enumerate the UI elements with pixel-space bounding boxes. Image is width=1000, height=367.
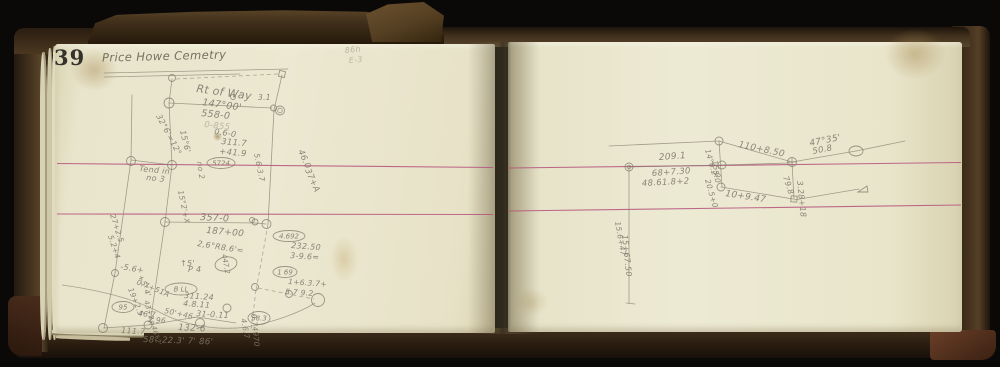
book-cover-bottom-right-corner	[930, 330, 996, 360]
page-number: 39	[54, 45, 85, 70]
field-book-photo: 39 Price Howe Cemetry 5724B LL954.6921 6…	[0, 0, 1000, 367]
right-page	[508, 42, 962, 332]
left-page	[55, 44, 495, 333]
book-cover-corner-tab	[366, 2, 444, 42]
page-edge-stack	[40, 52, 47, 340]
book-cover-bottom-left-corner	[8, 296, 42, 356]
